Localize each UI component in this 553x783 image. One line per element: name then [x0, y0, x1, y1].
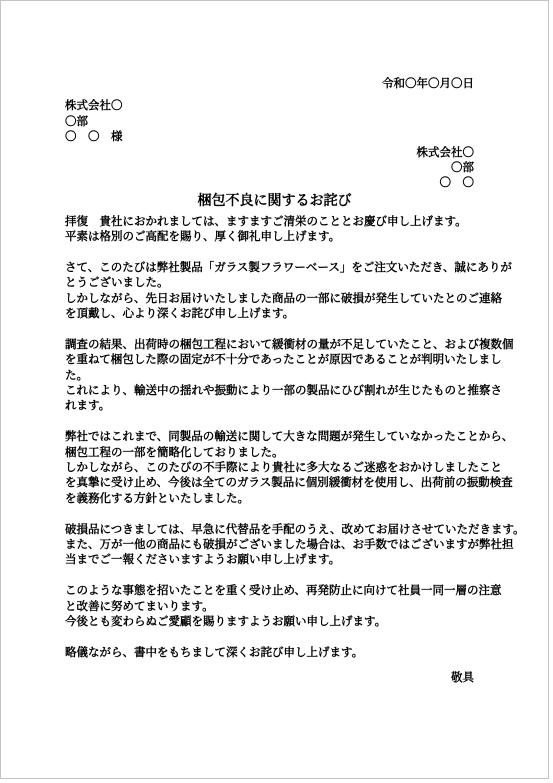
body-line: 調査の結果、出荷時の梱包工程において緩衝材の量が不足していたこと、および複数個: [65, 337, 548, 352]
letter-page: 令和〇年〇月〇日 株式会社〇〇部〇 〇 様 株式会社〇〇部〇 〇 梱包不良に関す…: [0, 0, 549, 779]
body-line: また、万が一他の商品にも破損がございました場合は、お手数ではございますが弊社担: [65, 537, 548, 552]
letter-date: 令和〇年〇月〇日: [65, 76, 548, 91]
recipient-block: 株式会社〇〇部〇 〇 様: [65, 98, 548, 144]
body-paragraph: 略儀ながら、書中をもちまして深くお詫び申し上げます。: [65, 645, 548, 660]
body-line: とうございました。: [65, 275, 548, 290]
letter-title: 梱包不良に関するお詫び: [1, 191, 548, 211]
body-line: 梱包工程の一部を簡略化しておりました。: [65, 445, 548, 460]
body-line: これにより、輸送中の揺れや振動により一部の製品にひび割れが生じたものと推察さ: [65, 383, 548, 398]
sender-block: 株式会社〇〇部〇 〇: [65, 145, 548, 191]
body-line: 破損品につきましては、早急に代替品を手配のうえ、改めてお届けさせていただきます。: [65, 522, 548, 537]
body-paragraph: 弊社ではこれまで、同製品の輸送に関して大きな問題が発生していなかったことから、梱…: [65, 429, 548, 506]
document-root: { "page": { "background_color": "#ffffff…: [0, 0, 553, 783]
sender-line: 〇部: [65, 160, 474, 175]
body-line: 略儀ながら、書中をもちまして深くお詫び申し上げます。: [65, 645, 548, 660]
recipient-line: 株式会社〇: [65, 98, 548, 113]
letter-body: 拝復 貴社におかれましては、ますますご清栄のこととお慶び申し上げます。平素は格別…: [65, 214, 548, 660]
body-line: さて、このたびは弊社製品「ガラス製フラワーベース」をご注文いただき、誠にありが: [65, 260, 548, 275]
body-line: を義務化する方針といたしました。: [65, 491, 548, 506]
body-paragraph: 破損品につきましては、早急に代替品を手配のうえ、改めてお届けさせていただきます。…: [65, 522, 548, 568]
body-line: 弊社ではこれまで、同製品の輸送に関して大きな問題が発生していなかったことから、: [65, 429, 548, 444]
body-line: と改善に努めてまいります。: [65, 599, 548, 614]
recipient-line: 〇 〇 様: [65, 129, 548, 144]
body-line: を頂戴し、心より深くお詫び申し上げます。: [65, 306, 548, 321]
closing-keigu: 敬具: [65, 670, 548, 685]
body-line: このような事態を招いたことを重く受け止め、再発防止に向けて社員一同一層の注意: [65, 583, 548, 598]
body-paragraph: さて、このたびは弊社製品「ガラス製フラワーベース」をご注文いただき、誠にありがと…: [65, 260, 548, 322]
body-line: 拝復 貴社におかれましては、ますますご清栄のこととお慶び申し上げます。: [65, 214, 548, 229]
sender-line: 〇 〇: [65, 175, 474, 190]
recipient-line: 〇部: [65, 114, 548, 129]
body-line: しかしながら、先日お届けいたしました商品の一部に破損が発生していたとのご連絡: [65, 291, 548, 306]
body-paragraph: 拝復 貴社におかれましては、ますますご清栄のこととお慶び申し上げます。平素は格別…: [65, 214, 548, 245]
body-line: た。: [65, 368, 548, 383]
body-line: しかしながら、このたびの不手際により貴社に多大なるご迷惑をおかけしましたこと: [65, 460, 548, 475]
body-line: れます。: [65, 398, 548, 413]
body-paragraph: このような事態を招いたことを重く受け止め、再発防止に向けて社員一同一層の注意と改…: [65, 583, 548, 629]
body-line: 当までご一報くださいますようお願い申し上げます。: [65, 552, 548, 567]
letter-content: 令和〇年〇月〇日 株式会社〇〇部〇 〇 様 株式会社〇〇部〇 〇 梱包不良に関す…: [1, 76, 548, 685]
body-line: 平素は格別のご高配を賜り、厚く御礼申し上げます。: [65, 229, 548, 244]
body-line: 今後とも変わらぬご愛顧を賜りますようお願い申し上げます。: [65, 614, 548, 629]
body-line: を真摯に受け止め、今後は全てのガラス製品に個別緩衝材を使用し、出荷前の振動検査: [65, 475, 548, 490]
body-paragraph: 調査の結果、出荷時の梱包工程において緩衝材の量が不足していたこと、および複数個を…: [65, 337, 548, 414]
sender-line: 株式会社〇: [65, 145, 474, 160]
body-line: を重ねて梱包した際の固定が不十分であったことが原因であることが判明いたしまし: [65, 352, 548, 367]
